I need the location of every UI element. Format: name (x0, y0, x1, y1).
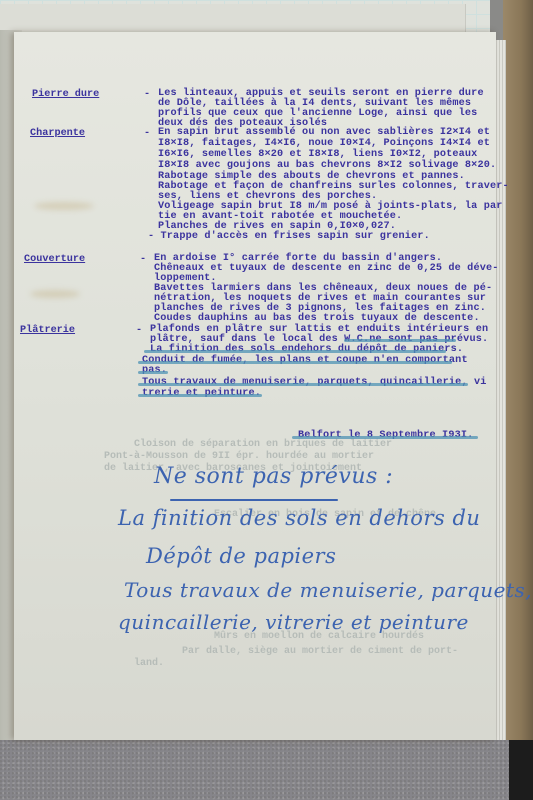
section-label-platrerie: Plâtrerie (20, 325, 75, 336)
section-label-pierre-dure: Pierre dure (32, 89, 99, 100)
charpente-line: I8×I8 avec goujons au bas chevrons 8×I2 … (158, 161, 496, 172)
dash-bullet: - (140, 254, 146, 265)
dark-edge (509, 740, 533, 800)
paper-stain (30, 290, 80, 298)
crossout-stroke (138, 371, 168, 374)
section-label-couverture: Couverture (24, 254, 85, 265)
handwritten-line: quincaillerie, vitrerie et peinture (118, 610, 469, 634)
desk-surface (0, 740, 533, 800)
dash-bullet: - (144, 89, 150, 100)
handwritten-line: La finition des sols en dehors du (118, 506, 480, 530)
typed-document-page: Cloison de séparation en briques de lait… (14, 32, 496, 740)
crossout-stroke (292, 436, 478, 439)
bleed-through-line: land. (134, 659, 164, 670)
crossout-stroke (138, 394, 262, 397)
crossout-stroke (344, 339, 456, 342)
charpente-line: I8×I8, faitages, I4×I6, noue I0×I4, Poin… (158, 139, 490, 150)
couverture-line: Coudes dauphins au bas des trois tuyaux … (154, 314, 480, 325)
paper-stain (34, 202, 94, 210)
section-label-charpente: Charpente (30, 128, 85, 139)
handwritten-heading: Ne sont pas prévus : (154, 464, 393, 489)
dash-bullet: - (136, 325, 142, 336)
handwritten-line: Tous travaux de menuiserie, parquets, (124, 578, 532, 602)
bleed-through-line: Par dalle, siège au mortier de ciment de… (182, 647, 458, 658)
cardboard-folder (503, 0, 533, 740)
charpente-line: En sapin brut assemblé ou non avec sabli… (158, 128, 490, 139)
crossout-stroke (144, 350, 446, 353)
dash-bullet: - (144, 128, 150, 139)
crossout-stroke (138, 383, 468, 386)
handwritten-underline (170, 499, 338, 501)
bleed-through-line: Pont-à-Mousson de 9II épr. hourdée au mo… (104, 452, 374, 463)
charpente-line: I6×I6, semelles 8×20 et I8×I8, liens I0×… (158, 150, 477, 161)
charpente-line: - Trappe d'accès en frises sapin sur gre… (148, 232, 430, 243)
handwritten-line: Dépôt de papiers (146, 544, 336, 568)
crossout-stroke (138, 361, 452, 364)
